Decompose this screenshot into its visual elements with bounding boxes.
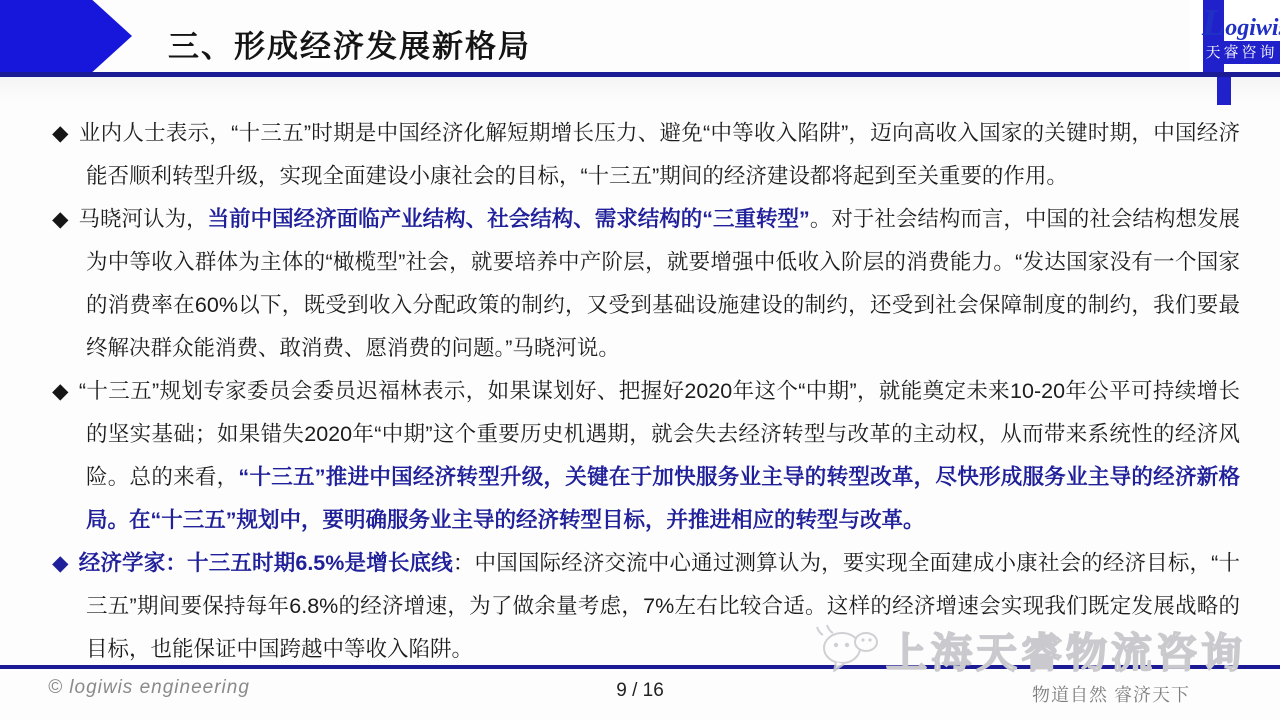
logo-wordmark: Logiwis xyxy=(1202,1,1280,45)
header-arrow-shape xyxy=(0,0,132,72)
logo-tail-stripe xyxy=(1217,77,1231,105)
diamond-bullet-icon: ◆ xyxy=(52,121,69,145)
bullet-text-segment: 经济学家：十三五时期6.5%是增长底线 xyxy=(79,551,453,575)
bullet-item: ◆马晓河认为，当前中国经济面临产业结构、社会结构、需求结构的“三重转型”。对于社… xyxy=(52,198,1240,370)
bullet-text-segment: “十三五”推进中国经济转型升级，关键在于加快服务业主导的转型改革，尽快形成服务业… xyxy=(86,465,1240,532)
bullet-text-segment: 马晓河认为， xyxy=(79,207,208,231)
diamond-bullet-icon: ◆ xyxy=(52,551,69,575)
watermark-text: 上海天睿物流咨询 xyxy=(886,620,1246,679)
wechat-bubbles-icon xyxy=(814,620,880,679)
header-shade xyxy=(0,77,1280,103)
slide: 三、形成经济发展新格局 Logiwis 天睿咨询 ◆业内人士表示，“十三五”时期… xyxy=(0,0,1280,720)
company-logo: Logiwis 天睿咨询 xyxy=(1190,0,1280,72)
bullet-text-segment: 当前中国经济面临产业结构、社会结构、需求结构的“三重转型” xyxy=(208,207,810,231)
diamond-bullet-icon: ◆ xyxy=(52,379,69,403)
bullet-list: ◆业内人士表示，“十三五”时期是中国经济化解短期增长压力、避免“中等收入陷阱”，… xyxy=(52,112,1240,671)
bullet-text-segment: 业内人士表示，“十三五”时期是中国经济化解短期增长压力、避免“中等收入陷阱”，迈… xyxy=(79,121,1240,188)
bullet-item: ◆业内人士表示，“十三五”时期是中国经济化解短期增长压力、避免“中等收入陷阱”，… xyxy=(52,112,1240,198)
footer-slogan: 物道自然 睿济天下 xyxy=(1032,681,1190,707)
diamond-bullet-icon: ◆ xyxy=(52,207,69,231)
page-title: 三、形成经济发展新格局 xyxy=(168,21,531,66)
watermark: 上海天睿物流咨询 xyxy=(814,620,1246,679)
bullet-item: ◆“十三五”规划专家委员会委员迟福林表示，如果谋划好、把握好2020年这个“中期… xyxy=(52,370,1240,542)
logo-subtitle: 天睿咨询 xyxy=(1203,41,1280,64)
